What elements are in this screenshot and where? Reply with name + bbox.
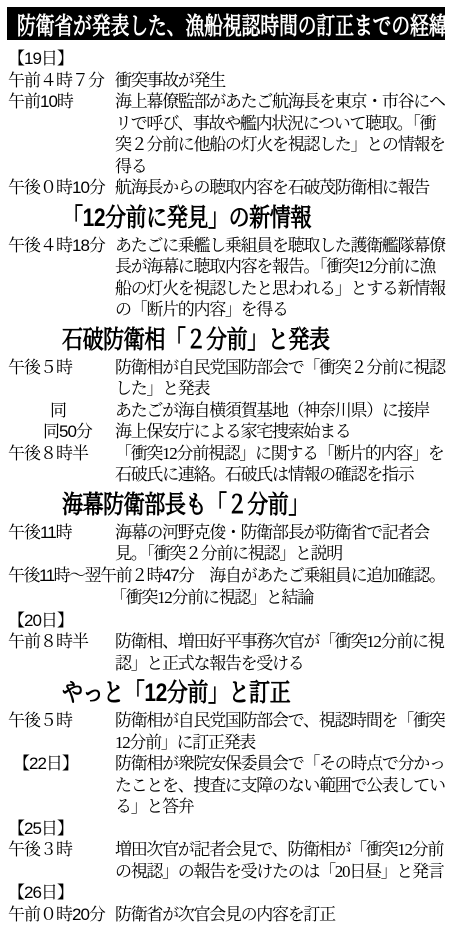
entry-time: 【22日】 <box>8 753 115 775</box>
timeline-entry: 午後５時防衛相が自民党国防部会で、視認時間を「衝突12分前」に訂正発表 <box>8 710 446 753</box>
title-bar: 防衛省が発表した、漁船視認時間の訂正までの経緯 <box>7 7 445 40</box>
day-label: 【19日】 <box>8 48 446 70</box>
timeline-entry: 午後11時海幕の河野克俊・防衛部長が防衛省で記者会見。「衝突２分前に視認」と説明 <box>8 522 446 565</box>
entry-text: 「衝突12分前視認」に関する「断片的内容」を石破氏に連絡。石破氏は情報の確認を指… <box>115 443 446 486</box>
entry-text: 海上幕僚監部があたご航海長を東京・市谷にヘリで呼び、事故や艦内状況について聴取。… <box>115 91 446 177</box>
timeline-entry-wide: 午後11時～翌午前２時47分 海自があたご乗組員に追加確認。「衝突12分前に視認… <box>8 565 446 610</box>
entry-time: 午後３時 <box>8 839 115 861</box>
section-header: 海幕防衛部長も「２分前」 <box>8 491 446 520</box>
entry-gap <box>194 566 210 585</box>
section-header: やっと「12分前」と訂正 <box>8 679 446 708</box>
timeline-entry: 午後０時10分航海長からの聴取内容を石破茂防衛相に報告 <box>8 177 446 199</box>
entry-time: 午後５時 <box>8 710 115 732</box>
entry-time: 同 <box>8 400 115 422</box>
entry-text: 防衛相が衆院安保委員会で「その時点で分かったことを、捜査に支障のない範囲で公表し… <box>115 753 446 818</box>
entry-text: 衝突事故が発生 <box>115 70 446 92</box>
day-label: 【26日】 <box>8 882 446 904</box>
section-header: 「12分前に発見」の新情報 <box>8 204 446 233</box>
entry-time: 午前０時20分 <box>8 904 115 926</box>
entry-time: 午前８時半 <box>8 631 115 653</box>
entry-text: 防衛相が自民党国防部会で、視認時間を「衝突12分前」に訂正発表 <box>115 710 446 753</box>
timeline-entry: 午前４時７分衝突事故が発生 <box>8 70 446 92</box>
section-header-text: やっと「12分前」と訂正 <box>62 679 290 708</box>
entry-text: 増田次官が記者会見で、防衛相が「衝突12分前の視認」の報告を受けたのは「20日昼… <box>115 839 446 882</box>
section-header-text: 「12分前に発見」の新情報 <box>62 204 311 233</box>
entry-text: 航海長からの聴取内容を石破茂防衛相に報告 <box>115 177 446 199</box>
entry-time: 午後０時10分 <box>8 177 115 199</box>
entry-time: 同50分 <box>8 421 115 443</box>
entry-text: あたごに乗艦し乗組員を聴取した護衛艦隊幕僚長が海幕に聴取内容を報告。「衝突12分… <box>115 235 446 321</box>
entry-text: 防衛省が次官会見の内容を訂正 <box>115 904 446 926</box>
timeline-entry: 午後５時防衛相が自民党国防部会で「衝突２分前に視認した」と発表 <box>8 357 446 400</box>
entry-text: 防衛相、増田好平事務次官が「衝突12分前に視認」と正式な報告を受ける <box>115 631 446 674</box>
timeline-entry: 午前０時20分防衛省が次官会見の内容を訂正 <box>8 904 446 926</box>
timeline-entry: 午前10時海上幕僚監部があたご航海長を東京・市谷にヘリで呼び、事故や艦内状況につ… <box>8 91 446 177</box>
timeline-entry: 同50分海上保安庁による家宅捜索始まる <box>8 421 446 443</box>
entry-time: 午前４時７分 <box>8 70 115 92</box>
section-header-text: 海幕防衛部長も「２分前」 <box>62 491 309 520</box>
timeline-entry: 【22日】防衛相が衆院安保委員会で「その時点で分かったことを、捜査に支障のない範… <box>8 753 446 818</box>
section-header-text: 石破防衛相「２分前」と発表 <box>62 326 330 355</box>
entry-text: 防衛相が自民党国防部会で「衝突２分前に視認した」と発表 <box>115 357 446 400</box>
entry-text: 海幕の河野克俊・防衛部長が防衛省で記者会見。「衝突２分前に視認」と説明 <box>115 522 446 565</box>
timeline-entry: 午後８時半「衝突12分前視認」に関する「断片的内容」を石破氏に連絡。石破氏は情報… <box>8 443 446 486</box>
entry-time: 午後８時半 <box>8 443 115 465</box>
page-title: 防衛省が発表した、漁船視認時間の訂正までの経緯 <box>17 7 445 40</box>
day-label: 【20日】 <box>8 610 446 632</box>
section-header: 石破防衛相「２分前」と発表 <box>8 326 446 355</box>
entry-text: あたごが海自横須賀基地（神奈川県）に接岸 <box>115 400 446 422</box>
entry-time: 午前10時 <box>8 91 115 113</box>
entry-time: 午後５時 <box>8 357 115 379</box>
timeline-entry: 午前８時半防衛相、増田好平事務次官が「衝突12分前に視認」と正式な報告を受ける <box>8 631 446 674</box>
timeline-entry: 午後３時増田次官が記者会見で、防衛相が「衝突12分前の視認」の報告を受けたのは「… <box>8 839 446 882</box>
entry-time: 午後４時18分 <box>8 235 115 257</box>
timeline-entry: 同あたごが海自横須賀基地（神奈川県）に接岸 <box>8 400 446 422</box>
entry-text: 海上保安庁による家宅捜索始まる <box>115 421 446 443</box>
entry-time: 午後11時～翌午前２時47分 <box>8 566 194 585</box>
day-label: 【25日】 <box>8 818 446 840</box>
timeline-entry: 午後４時18分あたごに乗艦し乗組員を聴取した護衛艦隊幕僚長が海幕に聴取内容を報告… <box>8 235 446 321</box>
entry-time: 午後11時 <box>8 522 115 544</box>
timeline: 【19日】午前４時７分衝突事故が発生午前10時海上幕僚監部があたご航海長を東京・… <box>0 40 450 925</box>
